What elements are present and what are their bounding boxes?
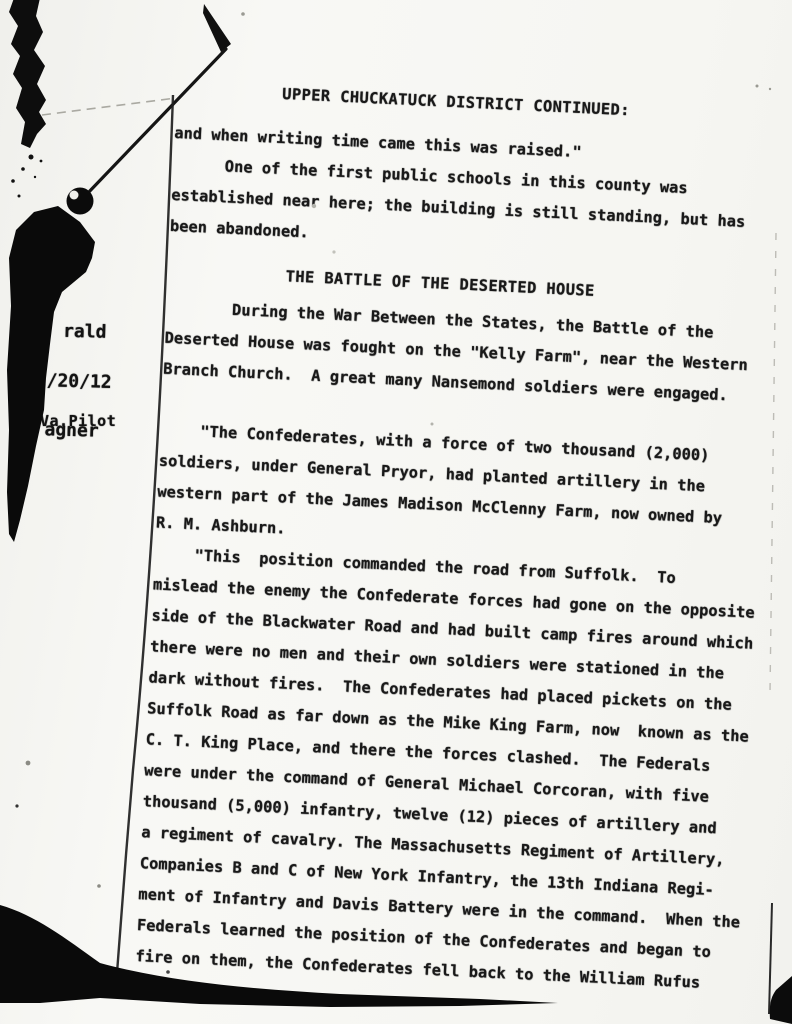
left-edge-tear: [9, 0, 46, 148]
crease-line: [42, 98, 176, 115]
margin-note-source: Va.Pilot: [40, 412, 116, 430]
tear-speck: [29, 155, 34, 160]
speck: [756, 85, 759, 88]
speck: [97, 884, 101, 888]
document-text-block: UPPER CHUCKATUCK DISTRICT CONTINUED: and…: [135, 76, 792, 1003]
tear-speck: [11, 179, 15, 183]
margin-note-line: rald: [37, 323, 113, 341]
tear-speck: [40, 160, 43, 163]
speck: [26, 761, 31, 766]
speck: [241, 12, 245, 16]
speck: [769, 88, 771, 90]
tear-speck: [18, 195, 21, 198]
binder-grommet: [67, 188, 94, 215]
tear-speck: [34, 176, 36, 178]
binder-grommet-hole: [70, 191, 79, 200]
corner-fold-mark: [203, 4, 231, 52]
tear-speck: [21, 167, 25, 171]
speck: [15, 804, 18, 807]
margin-note-clipping: rald 2/20/12 agner: [34, 290, 114, 457]
margin-note-line: 2/20/12: [36, 373, 112, 391]
